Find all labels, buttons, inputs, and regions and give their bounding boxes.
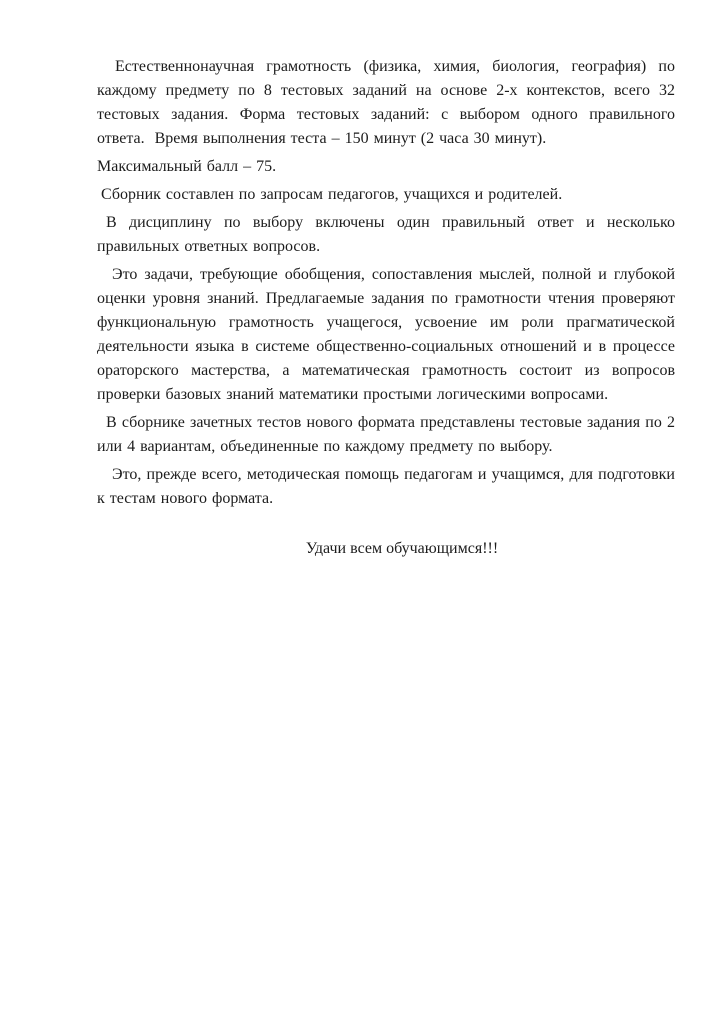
- paragraph-variants: В сборнике зачетных тестов нового формат…: [97, 411, 675, 459]
- paragraph-methodical-help: Это, прежде всего, методическая помощь п…: [97, 463, 675, 511]
- paragraph-max-score: Максимальный балл – 75.: [97, 155, 675, 179]
- closing-wish: Удачи всем обучающимся!!!: [97, 537, 675, 561]
- paragraph-elective-discipline: В дисциплину по выбору включены один пра…: [97, 211, 675, 259]
- paragraph-tasks-description: Это задачи, требующие обобщения, сопоста…: [97, 263, 675, 407]
- paragraph-test-format: Естественнонаучная грамотность (физика, …: [97, 55, 675, 151]
- paragraph-compiled-by-request: Сборник составлен по запросам педагогов,…: [97, 183, 675, 207]
- document-page: Естественнонаучная грамотность (физика, …: [0, 0, 725, 1024]
